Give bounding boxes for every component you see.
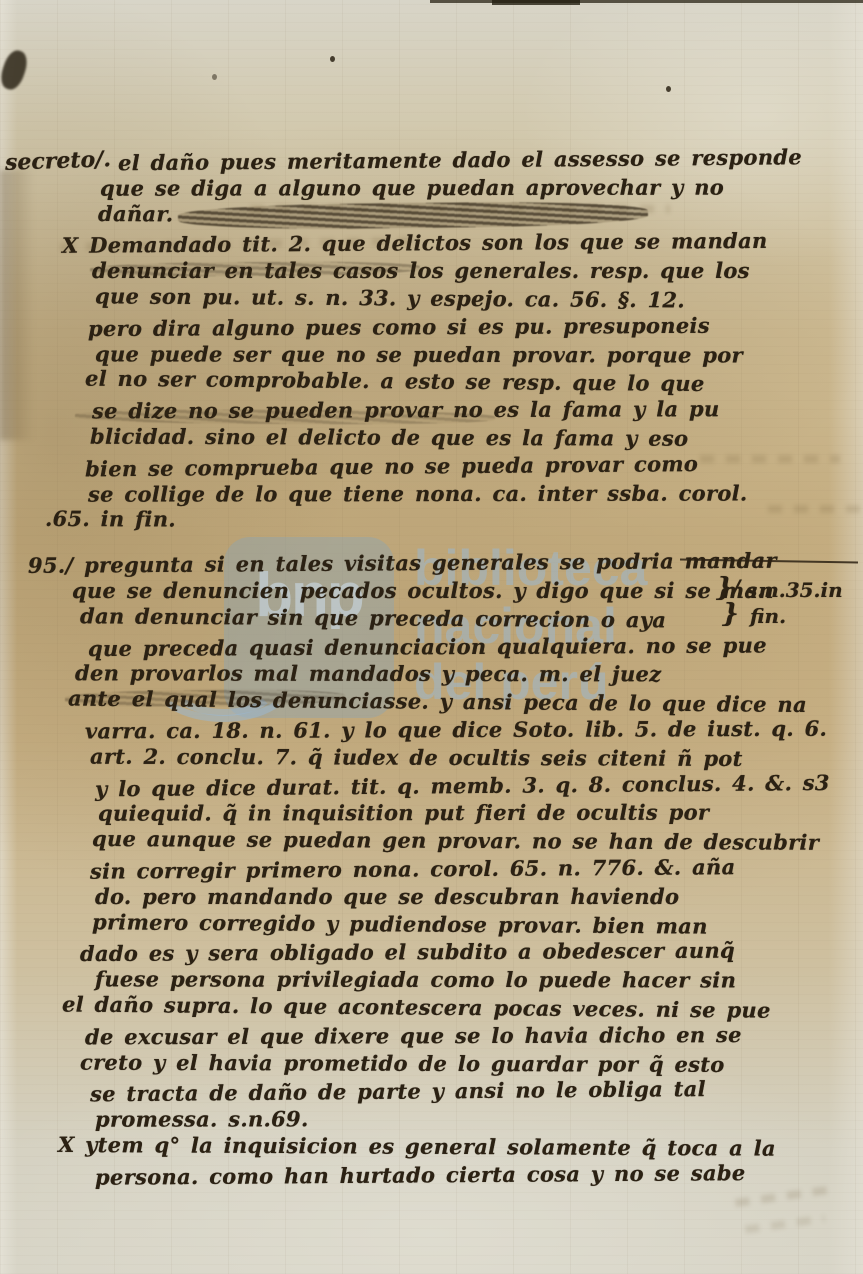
manuscript-line: quiequid. q̃ in inquisition put fieri de… — [98, 799, 863, 828]
margin-note-reference-line2: fin. — [750, 604, 786, 628]
manuscript-line: X Demandado tit. 2. que delictos son los… — [62, 227, 863, 260]
manuscript-line: se tracta de daño de parte y ansi no le … — [90, 1074, 863, 1109]
manuscript-line: bien se comprueba que no se pueda provar… — [85, 448, 863, 483]
show-through-marks-bottom-right — [745, 1214, 825, 1233]
page-top-edge-shadow — [430, 0, 863, 3]
manuscript-line: X ytem q° la inquisicion es general sola… — [58, 1131, 863, 1163]
manuscript-line: varra. ca. 18. n. 61. y lo que dice Soto… — [85, 715, 863, 746]
manuscript-line: que son pu. ut. s. n. 33. y espejo. ca. … — [95, 282, 863, 315]
manuscript-line: pero dira alguno pues como si es pu. pre… — [88, 311, 863, 343]
manuscript-line: y lo que dice durat. tit. q. memb. 3. q.… — [95, 768, 863, 802]
manuscript-line: el daño pues meritamente dado el assesso… — [118, 143, 863, 177]
manuscript-line: que se diga a alguno que puedan aprovech… — [100, 173, 863, 202]
ink-speck — [666, 86, 671, 92]
manuscript-line: sin corregir primero nona. corol. 65. n.… — [90, 852, 863, 885]
manuscript-line: dado es y sera obligado el subdito a obe… — [80, 936, 863, 968]
manuscript-line: art. 2. conclu. 7. q̃ iudex de ocultis s… — [90, 742, 863, 772]
manuscript-line: fuese persona privilegiada como lo puede… — [95, 965, 863, 994]
ink-speck — [330, 56, 335, 62]
manuscript-line: dan denunciar sin que preceda correcion … — [80, 602, 863, 635]
manuscript-line: blicidad. sino el delicto de que es la f… — [90, 423, 863, 453]
manuscript-line: den provarlos mal mandados y peca. m. el… — [75, 660, 863, 689]
text-block: el daño pues meritamente dado el assesso… — [0, 146, 863, 1188]
manuscript-line: .65. in fin. — [45, 505, 863, 537]
margin-brace-icon: } — [722, 599, 739, 629]
manuscript-line: do. pero mandando que se descubran havie… — [95, 883, 863, 911]
manuscript-line: se dize no se pueden provar no es la fam… — [92, 395, 863, 425]
manuscript-line: persona. como han hurtado cierta cosa y … — [95, 1158, 863, 1191]
page-top-edge-dark-segment — [492, 0, 580, 5]
margin-note-reference-line1: s.n.35.in — [746, 578, 843, 602]
ink-speck — [212, 74, 217, 80]
manuscript-line: de excusar el que dixere que se lo havia… — [85, 1020, 863, 1051]
margin-slash-mark: / — [733, 575, 740, 599]
manuscript-line: denunciar en tales casos los generales. … — [92, 257, 863, 285]
manuscript-line: el daño supra. lo que acontescera pocas … — [62, 990, 863, 1025]
manuscript-line: que preceda quasi denunciacion qualquier… — [88, 631, 863, 663]
ink-blot-top-left — [0, 48, 31, 93]
manuscript-line: que puede ser que no se puedan provar. p… — [95, 340, 863, 369]
manuscript-line: que se denuncien pecados ocultos. y digo… — [72, 577, 863, 605]
manuscript-page: bnp biblioteca nacional del perú secreto… — [0, 0, 863, 1274]
manuscript-line: promessa. s.n.69. — [95, 1104, 863, 1133]
manuscript-line: se collige de lo que tiene nona. ca. int… — [88, 479, 863, 508]
